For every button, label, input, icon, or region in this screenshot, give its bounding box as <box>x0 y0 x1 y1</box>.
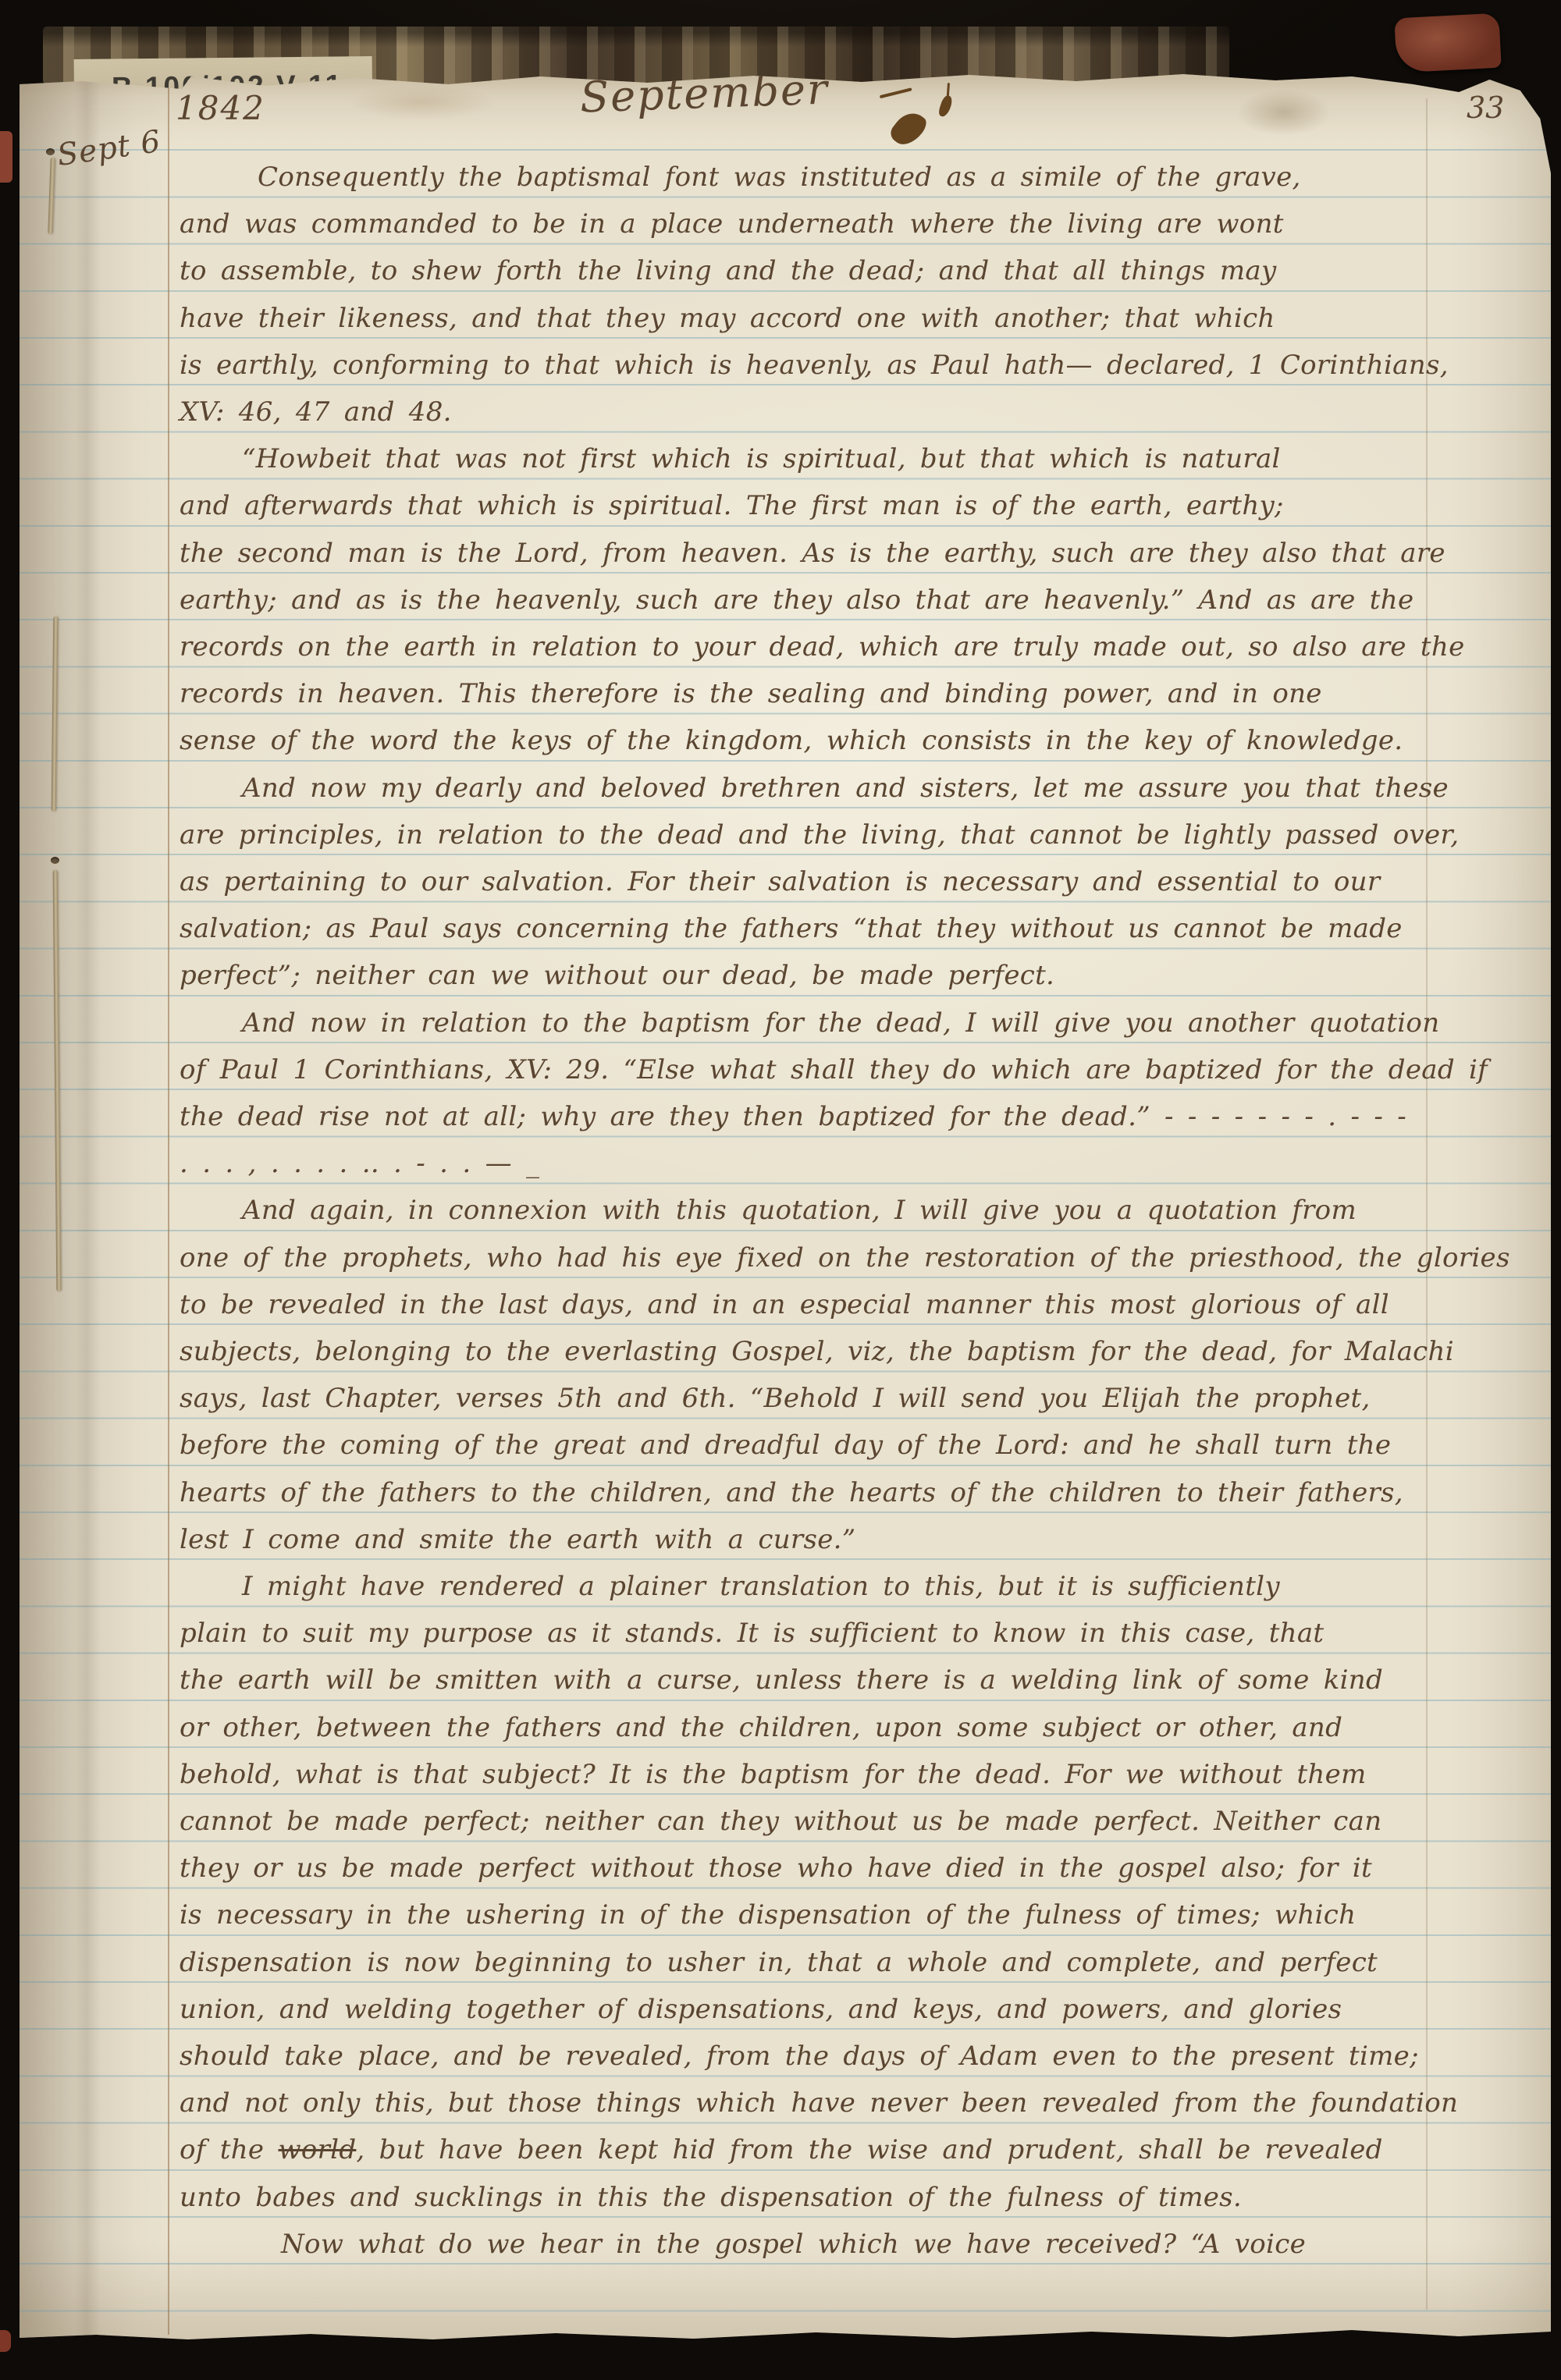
manuscript-line: sense of the word the keys of the kingdo… <box>180 722 1403 759</box>
red-binding-fragment <box>0 131 12 183</box>
manuscript-line: are principles, in relation to the dead … <box>180 816 1459 854</box>
manuscript-line: dispensation is now beginning to usher i… <box>180 1944 1378 1981</box>
manuscript-line: salvation; as Paul says concerning the f… <box>180 910 1403 947</box>
manuscript-line: records on the earth in relation to your… <box>180 628 1465 666</box>
manuscript-line: they or us be made perfect without those… <box>180 1849 1372 1887</box>
manuscript-line: or other, between the fathers and the ch… <box>180 1709 1342 1746</box>
manuscript-line: And now in relation to the baptism for t… <box>242 1004 1439 1042</box>
manuscript-line: behold, what is that subject? It is the … <box>180 1756 1367 1793</box>
manuscript-line: to assemble, to shew forth the living an… <box>180 252 1276 290</box>
manuscript-line: XV: 46, 47 and 48. <box>180 393 452 431</box>
manuscript-line: and afterwards that which is spiritual. … <box>180 487 1284 524</box>
manuscript-line: I might have rendered a plainer translat… <box>242 1568 1280 1605</box>
leather-cover-fragment <box>1394 13 1501 73</box>
stitch-hole <box>46 148 55 155</box>
manuscript-line: perfect”; neither can we without our dea… <box>180 957 1054 994</box>
struck-word: world <box>278 2134 356 2165</box>
manuscript-line: hearts of the fathers to the children, a… <box>180 1474 1403 1511</box>
manuscript-line: is earthly, conforming to that which is … <box>180 346 1449 384</box>
manuscript-line: records in heaven. This therefore is the… <box>180 675 1322 712</box>
manuscript-line: and was commanded to be in a place under… <box>180 205 1284 243</box>
manuscript-line: to be revealed in the last days, and in … <box>180 1286 1389 1323</box>
manuscript-line: “Howbeit that was not first which is spi… <box>242 440 1281 478</box>
manuscript-line: plain to suit my purpose as it stands. I… <box>180 1614 1324 1652</box>
manuscript-line: of the world, but have been kept hid fro… <box>180 2131 1383 2169</box>
manuscript-line: and not only this, but those things whic… <box>180 2084 1458 2122</box>
gutter-crease-shadow <box>20 70 176 2341</box>
manuscript-line: should take place, and be revealed, from… <box>180 2037 1419 2075</box>
manuscript-line: the dead rise not at all; why are they t… <box>180 1098 1406 1135</box>
manuscript-line: the second man is the Lord, from heaven.… <box>180 535 1445 572</box>
manuscript-line: earthy; and as is the heavenly, such are… <box>180 581 1413 619</box>
right-margin-rule <box>1426 98 1428 2310</box>
manuscript-line: Now what do we hear in the gospel which … <box>281 2225 1306 2263</box>
page-number: 33 <box>1467 91 1504 125</box>
manuscript-line: have their likeness, and that they may a… <box>180 300 1275 337</box>
manuscript-line: the earth will be smitten with a curse, … <box>180 1661 1383 1699</box>
year-heading: 1842 <box>176 89 265 127</box>
manuscript-line: says, last Chapter, verses 5th and 6th. … <box>180 1380 1371 1417</box>
manuscript-line: unto babes and sucklings in this the dis… <box>180 2179 1242 2216</box>
photograph-background: { "page": { "archive_label": "B 100/102 … <box>0 0 1561 2380</box>
manuscript-line: is necessary in the ushering in of the d… <box>180 1896 1356 1934</box>
manuscript-line: subjects, belonging to the everlasting G… <box>180 1333 1454 1370</box>
left-margin-rule <box>168 70 169 2335</box>
manuscript-line: union, and welding together of dispensat… <box>180 1991 1342 2028</box>
manuscript-line: before the coming of the great and dread… <box>180 1426 1391 1464</box>
red-binding-fragment-bottom <box>0 2330 11 2352</box>
manuscript-page: 1842 September 33 Sept 6 Consequently th… <box>20 70 1551 2341</box>
manuscript-line: cannot be made perfect; neither can they… <box>180 1803 1381 1840</box>
manuscript-line: of Paul 1 Corinthians, XV: 29. “Else wha… <box>180 1051 1488 1089</box>
manuscript-line: . . . , . . . . .. . - . . — _ <box>180 1145 539 1182</box>
manuscript-line: as pertaining to our salvation. For thei… <box>180 863 1380 900</box>
manuscript-line: And again, in connexion with this quotat… <box>242 1192 1357 1229</box>
manuscript-line: one of the prophets, who had his eye fix… <box>180 1239 1510 1277</box>
manuscript-line: lest I come and smite the earth with a c… <box>180 1521 855 1558</box>
manuscript-line: And now my dearly and beloved brethren a… <box>242 769 1449 807</box>
stitch-hole <box>51 857 59 864</box>
manuscript-line: Consequently the baptismal font was inst… <box>258 158 1301 196</box>
